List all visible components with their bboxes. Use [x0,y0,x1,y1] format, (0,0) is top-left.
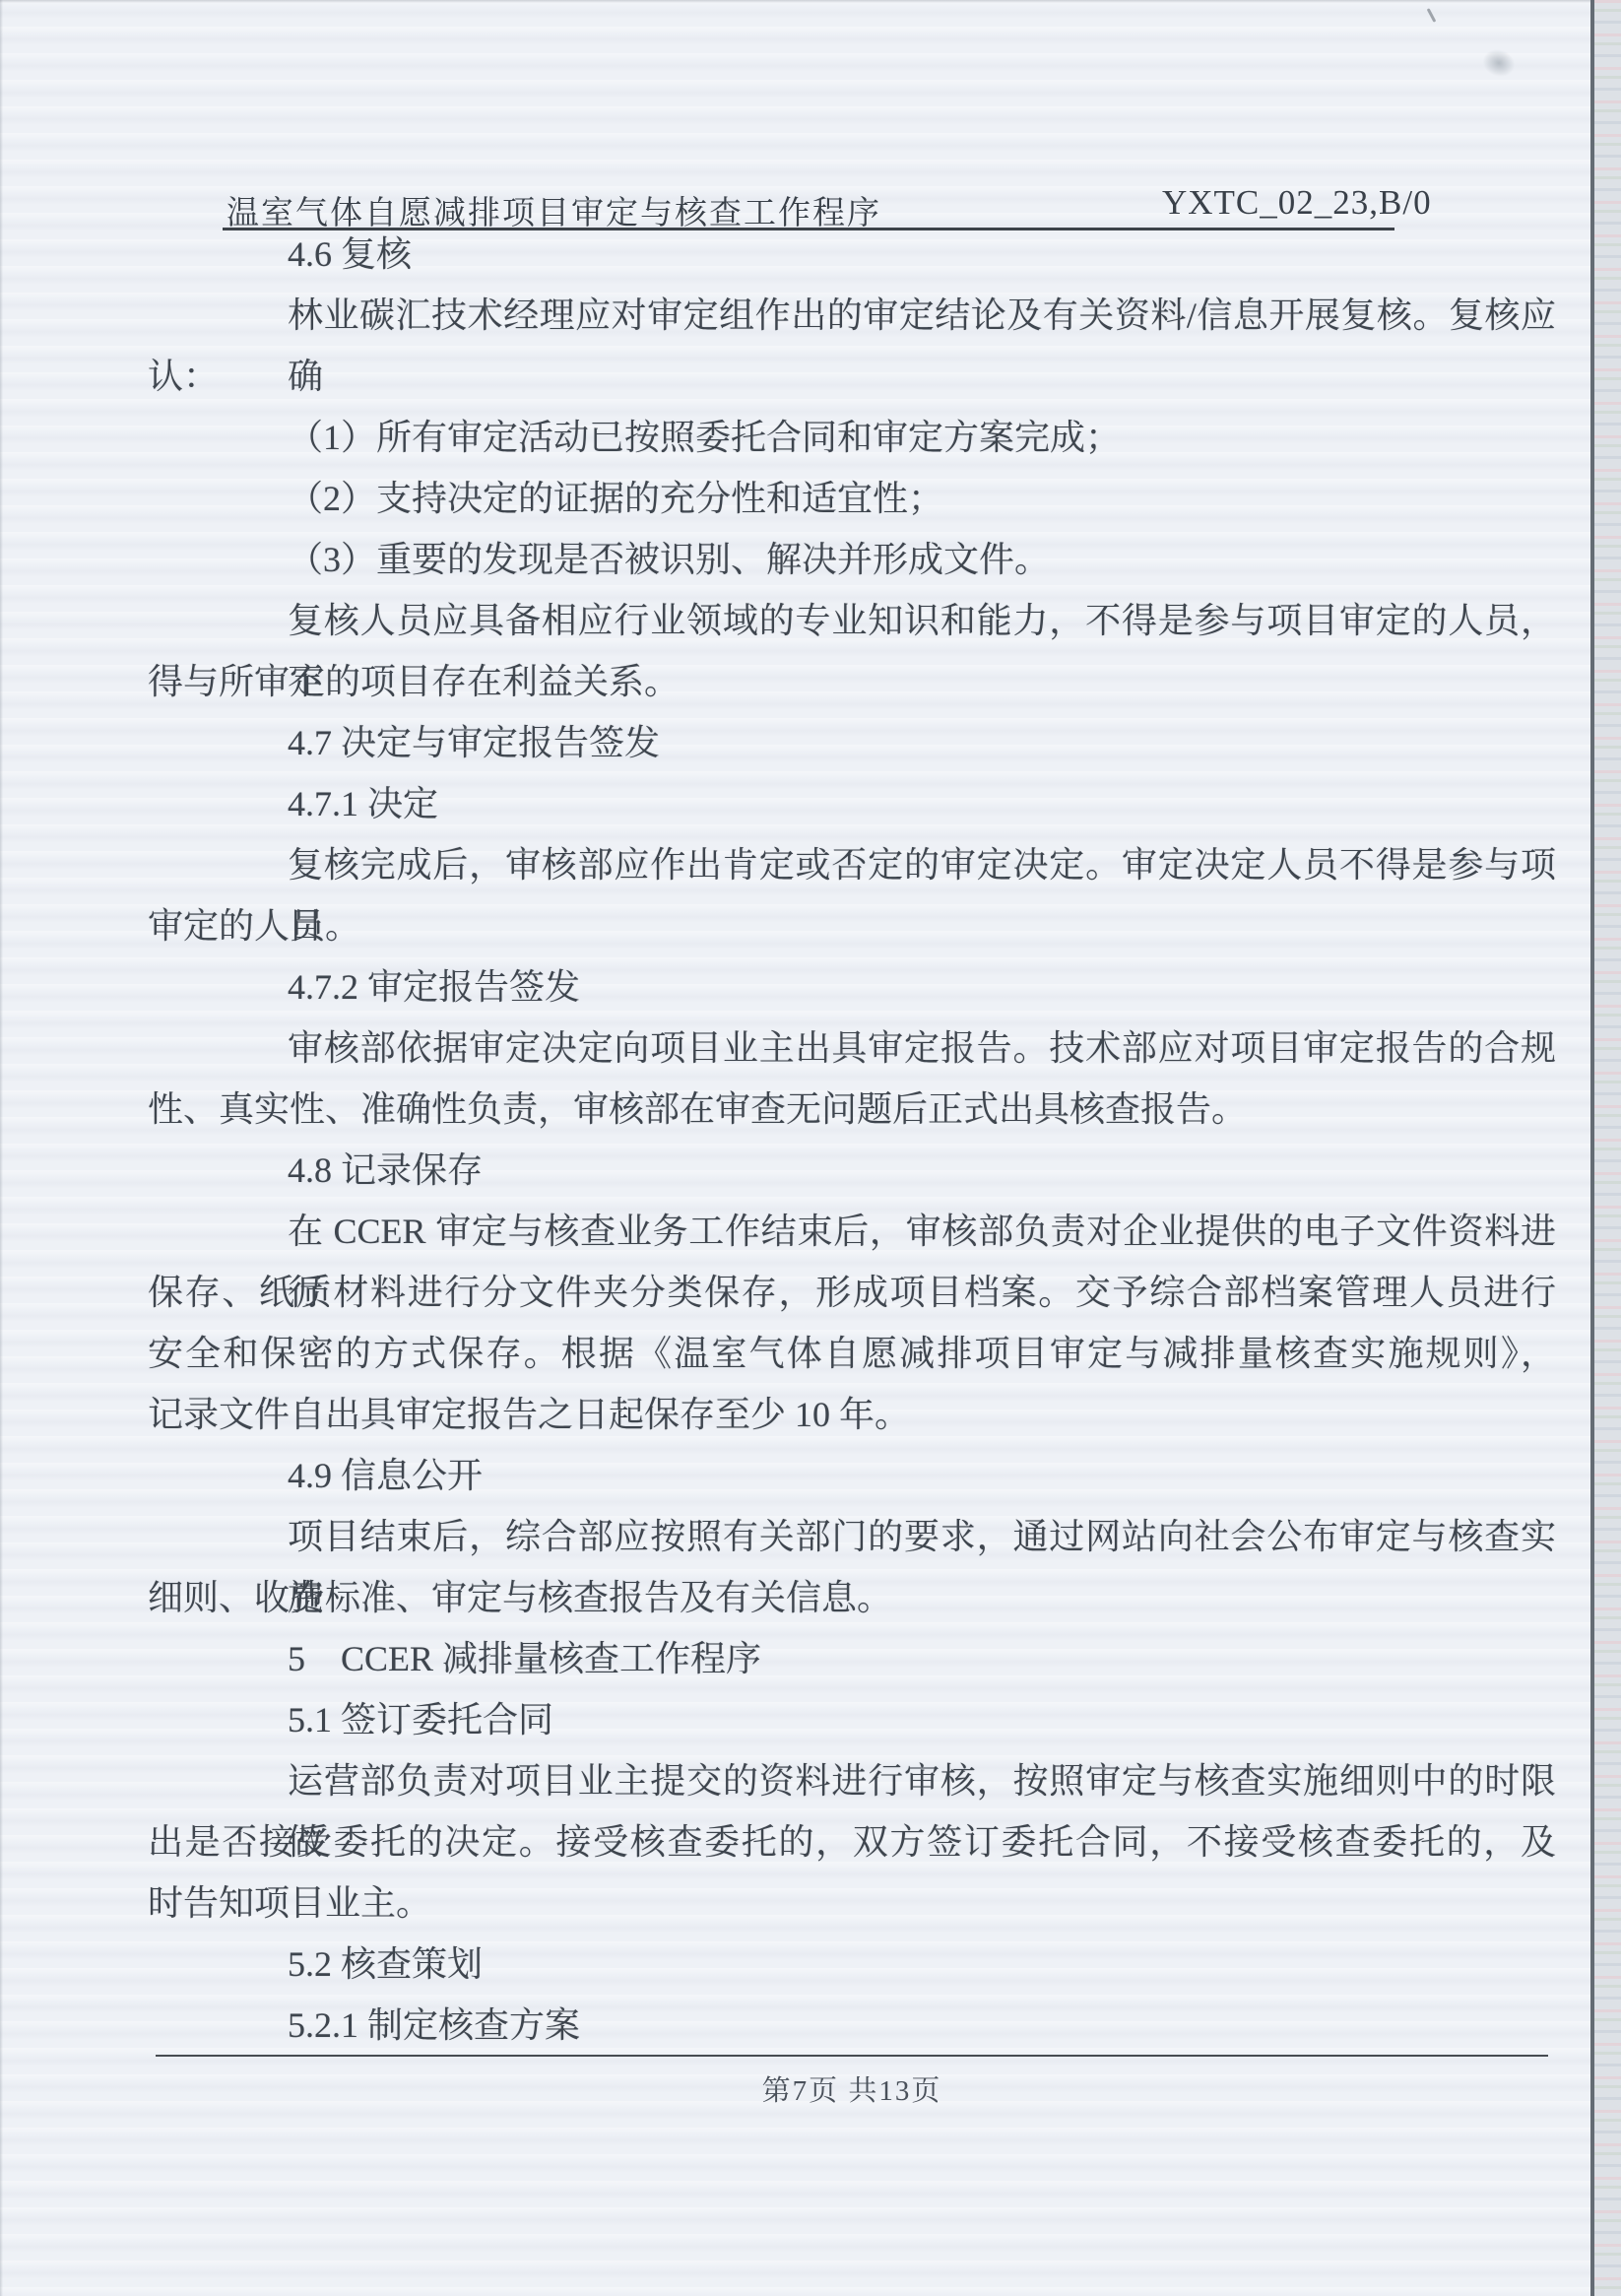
text-line: 性、真实性、准确性负责，审核部在审查无问题后正式出具核查报告。 [148,1079,1556,1140]
heading-line: 4.9 信息公开 [148,1445,1556,1506]
scan-top-edge [0,0,1621,3]
scanned-document-page: { "header": { "title": "温室气体自愿减排项目审定与核查工… [0,0,1621,2296]
scan-mark [1427,8,1437,23]
text-line: 审核部依据审定决定向项目业主出具审定报告。技术部应对项目审定报告的合规 [148,1017,1556,1079]
heading-line: 4.7.1 决定 [148,773,1556,834]
heading-line: 4.7.2 审定报告签发 [148,956,1556,1017]
text-line: 出是否接受委托的决定。接受核查委托的，双方签订委托合同，不接受核查委托的，及 [148,1811,1556,1872]
list-item-line: （3）重要的发现是否被识别、解决并形成文件。 [148,529,1556,590]
scan-smudge [1473,39,1525,87]
heading-line: 5.2 核查策划 [148,1934,1556,1995]
document-body: 4.6 复核 林业碳汇技术经理应对审定组作出的审定结论及有关资料/信息开展复核。… [148,224,1556,2056]
scan-left-edge [0,0,3,2296]
text-line: 审定的人员。 [148,895,1556,956]
text-line: 记录文件自出具审定报告之日起保存至少 10 年。 [148,1384,1556,1445]
text-line: 林业碳汇技术经理应对审定组作出的审定结论及有关资料/信息开展复核。复核应确 [148,285,1556,346]
text-line: 复核完成后，审核部应作出肯定或否定的审定决定。审定决定人员不得是参与项目 [148,834,1556,895]
heading-line: 4.6 复核 [148,224,1556,285]
text-line: 细则、收费标准、审定与核查报告及有关信息。 [148,1567,1556,1628]
text-line: 时告知项目业主。 [148,1872,1556,1934]
text-line: 复核人员应具备相应行业领域的专业知识和能力，不得是参与项目审定的人员，不 [148,590,1556,651]
text-line: 认： [148,346,1556,407]
document-number: YXTC_02_23,B/0 [1162,183,1432,223]
footer-rule [156,2055,1548,2057]
list-item-line: （2）支持决定的证据的充分性和适宜性； [148,468,1556,529]
text-line: 得与所审定的项目存在利益关系。 [148,651,1556,712]
text-line: 项目结束后，综合部应按照有关部门的要求，通过网站向社会公布审定与核查实施 [148,1506,1556,1567]
text-line: 保存、纸质材料进行分文件夹分类保存，形成项目档案。交予综合部档案管理人员进行 [148,1262,1556,1323]
text-line: 安全和保密的方式保存。根据《温室气体自愿减排项目审定与减排量核查实施规则》， [148,1323,1556,1384]
text-line: 运营部负责对项目业主提交的资料进行审核，按照审定与核查实施细则中的时限做 [148,1750,1556,1811]
heading-line: 4.7 决定与审定报告签发 [148,712,1556,773]
heading-line: 5.1 签订委托合同 [148,1689,1556,1750]
heading-line: 5.2.1 制定核查方案 [148,1995,1556,2056]
text-line: 在 CCER 审定与核查业务工作结束后，审核部负责对企业提供的电子文件资料进行 [148,1201,1556,1262]
heading-line: 5 CCER 减排量核查工作程序 [148,1628,1556,1689]
page-number: 第7页 共13页 [148,2068,1556,2109]
list-item-line: （1）所有审定活动已按照委托合同和审定方案完成； [148,407,1556,468]
scan-edge-band [1594,0,1621,2296]
heading-line: 4.8 记录保存 [148,1140,1556,1201]
